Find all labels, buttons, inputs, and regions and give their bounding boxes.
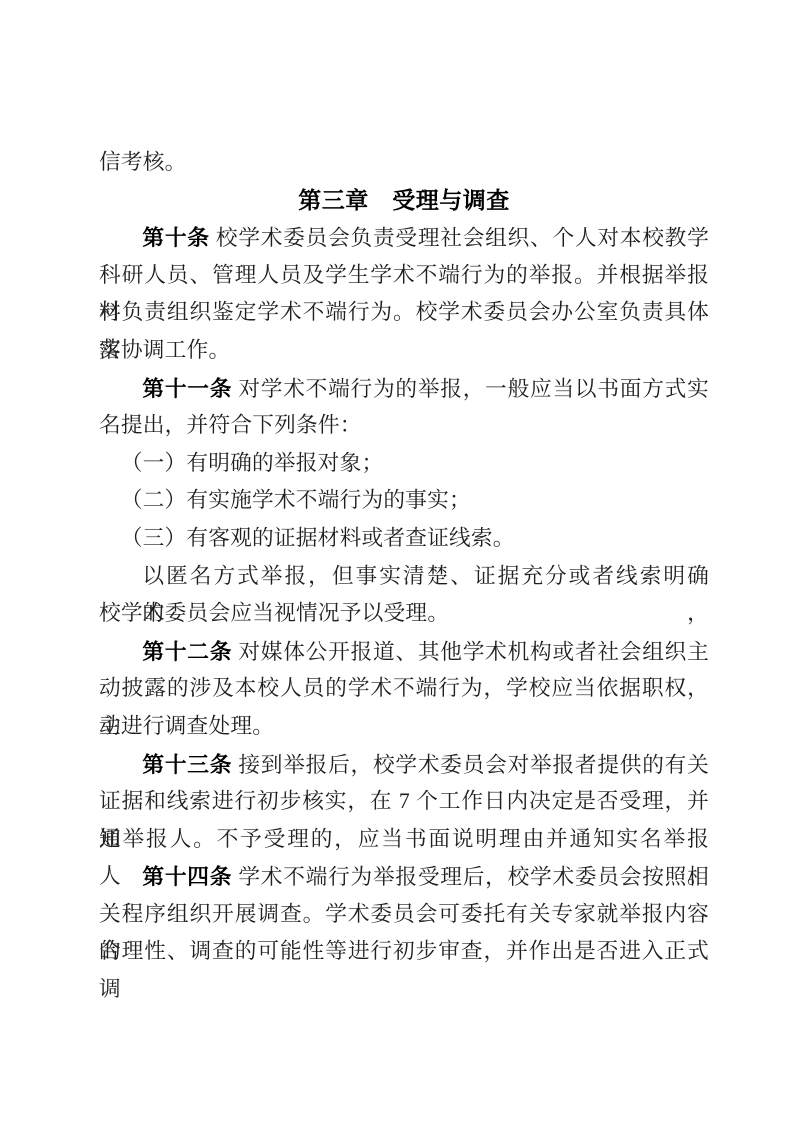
document-line: （三）有客观的证据材料或者查证线索。: [99, 520, 709, 558]
document-line: 第十四条 学术不端行为举报受理后，校学术委员会按照相: [99, 858, 709, 896]
document-page: 信考核。第三章 受理与调查第十条 校学术委员会负责受理社会组织、个人对本校教学科…: [0, 0, 793, 1122]
document-line: 科研人员、管理人员及学生学术不端行为的举报。并根据举报材: [99, 257, 709, 295]
line-text: 对学术不端行为的举报，一般应当以书面方式实: [232, 377, 709, 401]
document-line: 信考核。: [99, 144, 709, 182]
document-line: （一）有明确的举报对象；: [99, 445, 709, 483]
article-number-label: 第十条: [142, 225, 209, 250]
document-line: 以匿名方式举报，但事实清楚、证据充分或者线索明确的，: [99, 558, 709, 596]
document-line: 名提出，并符合下列条件：: [99, 407, 709, 445]
document-line: 关程序组织开展调查。学术委员会可委托有关专家就举报内容的: [99, 896, 709, 934]
line-text: （二）有实施学术不端行为的事实；: [121, 488, 471, 512]
document-line: 料负责组织鉴定学术不端行为。校学术委员会办公室负责具体落: [99, 294, 709, 332]
line-text: 学术不端行为举报受理后，校学术委员会按照相: [232, 865, 709, 889]
chapter-heading-text: 第三章 受理与调查: [298, 187, 510, 213]
line-text: （三）有客观的证据材料或者查证线索。: [121, 526, 515, 550]
line-text: 校学术委员会应当视情况予以受理。: [99, 601, 449, 625]
article-number-label: 第十二条: [142, 639, 232, 664]
line-text: 校学术委员会负责受理社会组织、个人对本校教学: [210, 226, 709, 250]
chapter-heading: 第三章 受理与调查: [99, 182, 709, 220]
document-line: 第十条 校学术委员会负责受理社会组织、个人对本校教学: [99, 219, 709, 257]
line-text: 动进行调查处理。: [99, 714, 274, 738]
document-line: 知举报人。不予受理的，应当书面说明理由并通知实名举报人。: [99, 821, 709, 859]
document-line: 动披露的涉及本校人员的学术不端行为，学校应当依据职权，主: [99, 670, 709, 708]
document-line: （二）有实施学术不端行为的事实；: [99, 482, 709, 520]
document-content: 信考核。第三章 受理与调查第十条 校学术委员会负责受理社会组织、个人对本校教学科…: [99, 144, 709, 971]
document-line: 证据和线索进行初步核实，在 7 个工作日内决定是否受理，并通: [99, 783, 709, 821]
line-text: 实协调工作。: [99, 338, 230, 362]
article-number-label: 第十四条: [142, 864, 232, 889]
article-number-label: 第十三条: [142, 752, 232, 777]
document-line: 第十二条 对媒体公开报道、其他学术机构或者社会组织主: [99, 633, 709, 671]
line-text: 合理性、调查的可能性等进行初步审查，并作出是否进入正式调: [99, 939, 709, 1001]
line-text: 信考核。: [99, 150, 187, 174]
article-number-label: 第十一条: [142, 376, 232, 401]
line-text: 对媒体公开报道、其他学术机构或者社会组织主: [232, 640, 709, 664]
document-line: 第十三条 接到举报后，校学术委员会对举报者提供的有关: [99, 746, 709, 784]
document-line: 实协调工作。: [99, 332, 709, 370]
document-line: 合理性、调查的可能性等进行初步审查，并作出是否进入正式调: [99, 933, 709, 971]
document-line: 第十一条 对学术不端行为的举报，一般应当以书面方式实: [99, 370, 709, 408]
line-text: （一）有明确的举报对象；: [121, 451, 384, 475]
line-text: 名提出，并符合下列条件：: [99, 413, 362, 437]
document-line: 动进行调查处理。: [99, 708, 709, 746]
line-text: 接到举报后，校学术委员会对举报者提供的有关: [232, 753, 709, 777]
